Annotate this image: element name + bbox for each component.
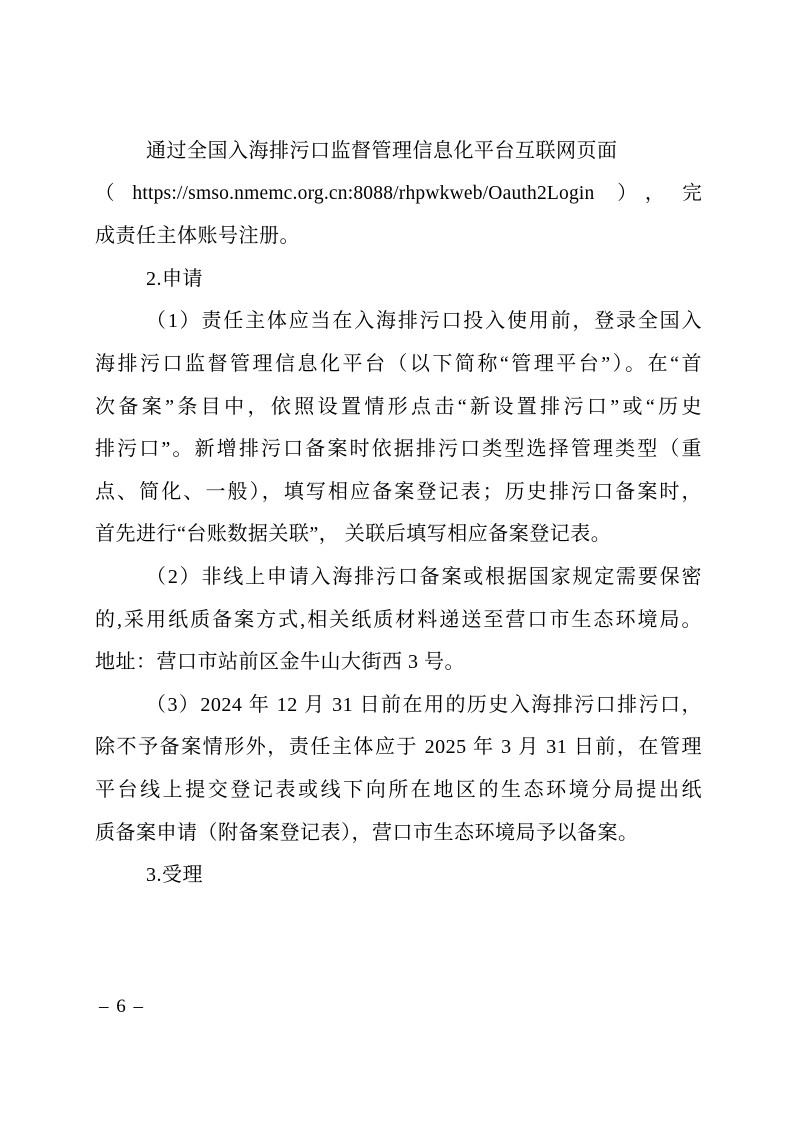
text-line: 次备案”条目中，依照设置情形点击“新设置排污口”或“历史 <box>95 386 702 429</box>
text-line: 平台线上提交登记表或线下向所在地区的生态环境分局提出纸 <box>95 769 702 812</box>
text-line: 除不予备案情形外，责任主体应于 2025 年 3 月 31 日前，在管理 <box>95 726 702 769</box>
text-line: 2.申请 <box>95 258 702 301</box>
text-line: 3.受理 <box>95 854 702 897</box>
document-page: 通过全国入海排污口监督管理信息化平台互联网页面（https://smso.nme… <box>0 0 793 1122</box>
text-line: （3）2024 年 12 月 31 日前在用的历史入海排污口排污口， <box>95 684 702 727</box>
text-line: 通过全国入海排污口监督管理信息化平台互联网页面 <box>95 130 702 173</box>
text-line: 点、简化、一般），填写相应备案登记表；历史排污口备案时， <box>95 471 702 514</box>
text-line: 成责任主体账号注册。 <box>95 215 702 258</box>
text-line: 首先进行“台账数据关联”， 关联后填写相应备案登记表。 <box>95 513 702 556</box>
text-line: 地址：营口市站前区金牛山大街西 3 号。 <box>95 641 702 684</box>
text-line: 的,采用纸质备案方式,相关纸质材料递送至营口市生态环境局。 <box>95 599 702 642</box>
document-body: 通过全国入海排污口监督管理信息化平台互联网页面（https://smso.nme… <box>95 130 702 897</box>
text-line: 海排污口监督管理信息化平台（以下简称“管理平台”）。在“首 <box>95 343 702 386</box>
text-line: （1）责任主体应当在入海排污口投入使用前，登录全国入 <box>95 300 702 343</box>
text-line: 质备案申请（附备案登记表），营口市生态环境局予以备案。 <box>95 812 702 855</box>
text-line: 排污口”。新增排污口备案时依据排污口类型选择管理类型（重 <box>95 428 702 471</box>
page-number: – 6 – <box>99 995 143 1019</box>
text-line: （2）非线上申请入海排污口备案或根据国家规定需要保密 <box>95 556 702 599</box>
text-line: （https://smso.nmemc.org.cn:8088/rhpwkweb… <box>95 173 702 216</box>
